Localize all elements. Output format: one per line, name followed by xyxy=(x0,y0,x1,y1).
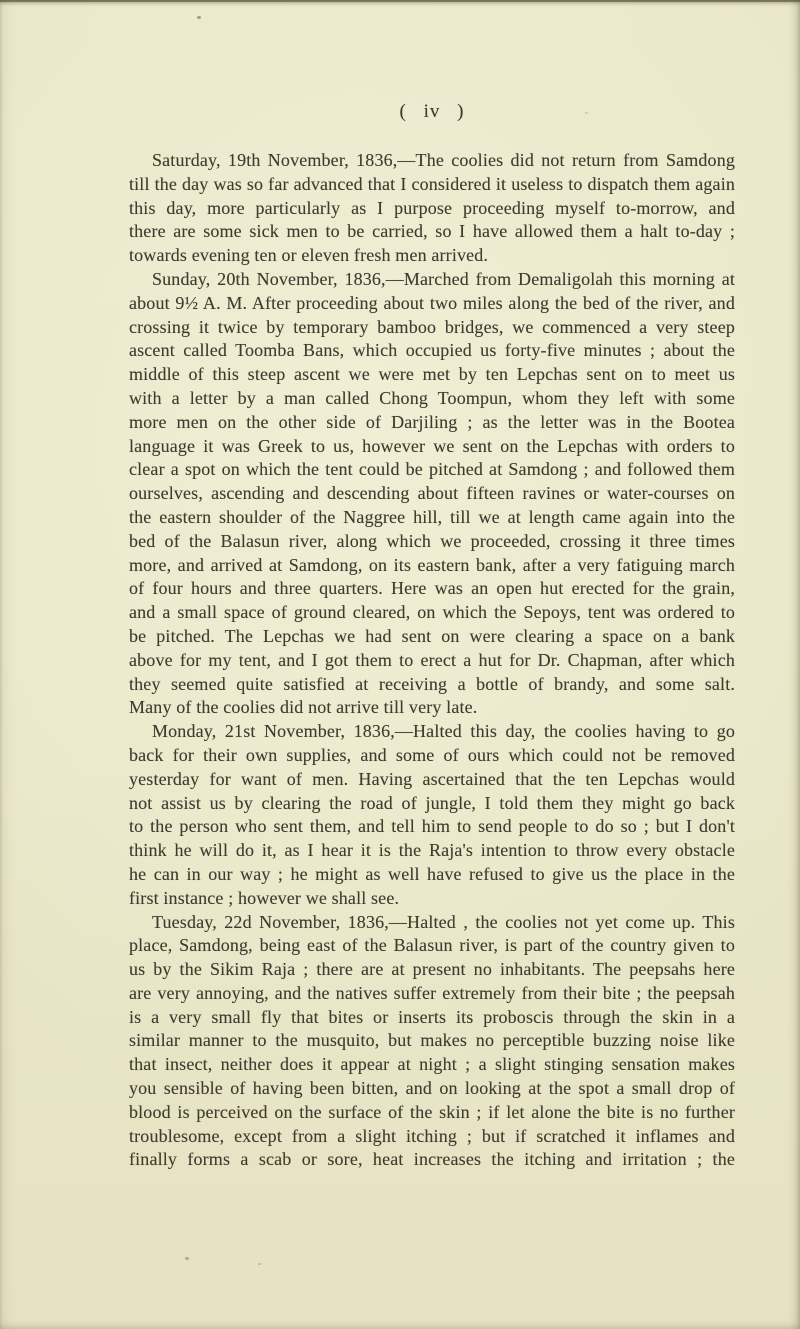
paper-speck xyxy=(258,1263,261,1265)
text-line: is a very small fly that bites or insert… xyxy=(129,1006,735,1030)
text-line: crossing it twice by temporary bamboo br… xyxy=(129,316,735,340)
text-line: more men on the other side of Darjiling … xyxy=(129,411,735,435)
text-line: blood is perceived on the surface of the… xyxy=(129,1101,735,1125)
journal-entry: Sunday, 20th November, 1836,—Marched fro… xyxy=(129,268,735,720)
text-line: think he will do it, as I hear it is the… xyxy=(129,839,735,863)
text-line: us by the Sikim Raja ; there are at pres… xyxy=(129,958,735,982)
text-line: about 9½ A. M. After proceeding about tw… xyxy=(129,292,735,316)
paper-speck xyxy=(185,1257,189,1260)
text-line: Saturday, 19th November, 1836,—The cooli… xyxy=(129,149,735,173)
text-line: troublesome, except from a slight itchin… xyxy=(129,1125,735,1149)
text-line: language it was Greek to us, however we … xyxy=(129,435,735,459)
journal-text-block: Saturday, 19th November, 1836,—The cooli… xyxy=(129,149,735,1172)
text-line: bed of the Balasun river, along which we… xyxy=(129,530,735,554)
text-line: the eastern shoulder of the Naggree hill… xyxy=(129,506,735,530)
text-line: finally forms a scab or sore, heat incre… xyxy=(129,1148,735,1172)
book-page: ( iv ) Saturday, 19th November, 1836,—Th… xyxy=(0,0,800,1329)
journal-entry: Monday, 21st November, 1836,—Halted this… xyxy=(129,720,735,910)
text-line: that insect, neither does it appear at n… xyxy=(129,1053,735,1077)
text-line: first instance ; however we shall see. xyxy=(129,887,735,911)
text-line: you sensible of having been bitten, and … xyxy=(129,1077,735,1101)
text-line: with a letter by a man called Chong Toom… xyxy=(129,387,735,411)
text-line: Sunday, 20th November, 1836,—Marched fro… xyxy=(129,268,735,292)
text-line: towards evening ten or eleven fresh men … xyxy=(129,244,735,268)
text-line: clear a spot on which the tent could be … xyxy=(129,458,735,482)
text-line: back for their own supplies, and some of… xyxy=(129,744,735,768)
text-line: of four hours and three quarters. Here w… xyxy=(129,577,735,601)
journal-entry: Tuesday, 22d November, 1836,—Halted , th… xyxy=(129,911,735,1173)
text-line: he can in our way ; he might as well hav… xyxy=(129,863,735,887)
text-line: be pitched. The Lepchas we had sent on w… xyxy=(129,625,735,649)
text-line: middle of this steep ascent we were met … xyxy=(129,363,735,387)
text-line: there are some sick men to be carried, s… xyxy=(129,220,735,244)
paper-speck xyxy=(585,112,588,114)
text-line: are very annoying, and the natives suffe… xyxy=(129,982,735,1006)
text-line: to the person who sent them, and tell hi… xyxy=(129,815,735,839)
text-line: Many of the coolies did not arrive till … xyxy=(129,696,735,720)
text-line: Monday, 21st November, 1836,—Halted this… xyxy=(129,720,735,744)
text-line: not assist us by clearing the road of ju… xyxy=(129,792,735,816)
text-line: more, and arrived at Samdong, on its eas… xyxy=(129,554,735,578)
text-line: till the day was so far advanced that I … xyxy=(129,173,735,197)
text-line: place, Samdong, being east of the Balasu… xyxy=(129,934,735,958)
text-line: ourselves, ascending and descending abou… xyxy=(129,482,735,506)
text-line: ascent called Toomba Bans, which occupie… xyxy=(129,339,735,363)
page-number-heading: ( iv ) xyxy=(129,101,735,123)
text-line: they seemed quite satisfied at receiving… xyxy=(129,673,735,697)
text-line: above for my tent, and I got them to ere… xyxy=(129,649,735,673)
journal-entry: Saturday, 19th November, 1836,—The cooli… xyxy=(129,149,735,268)
text-line: Tuesday, 22d November, 1836,—Halted , th… xyxy=(129,911,735,935)
text-line: this day, more particularly as I purpose… xyxy=(129,197,735,221)
text-line: and a small space of ground cleared, on … xyxy=(129,601,735,625)
text-line: yesterday for want of men. Having ascert… xyxy=(129,768,735,792)
paper-speck xyxy=(197,16,201,19)
text-line: similar manner to the musquito, but make… xyxy=(129,1029,735,1053)
